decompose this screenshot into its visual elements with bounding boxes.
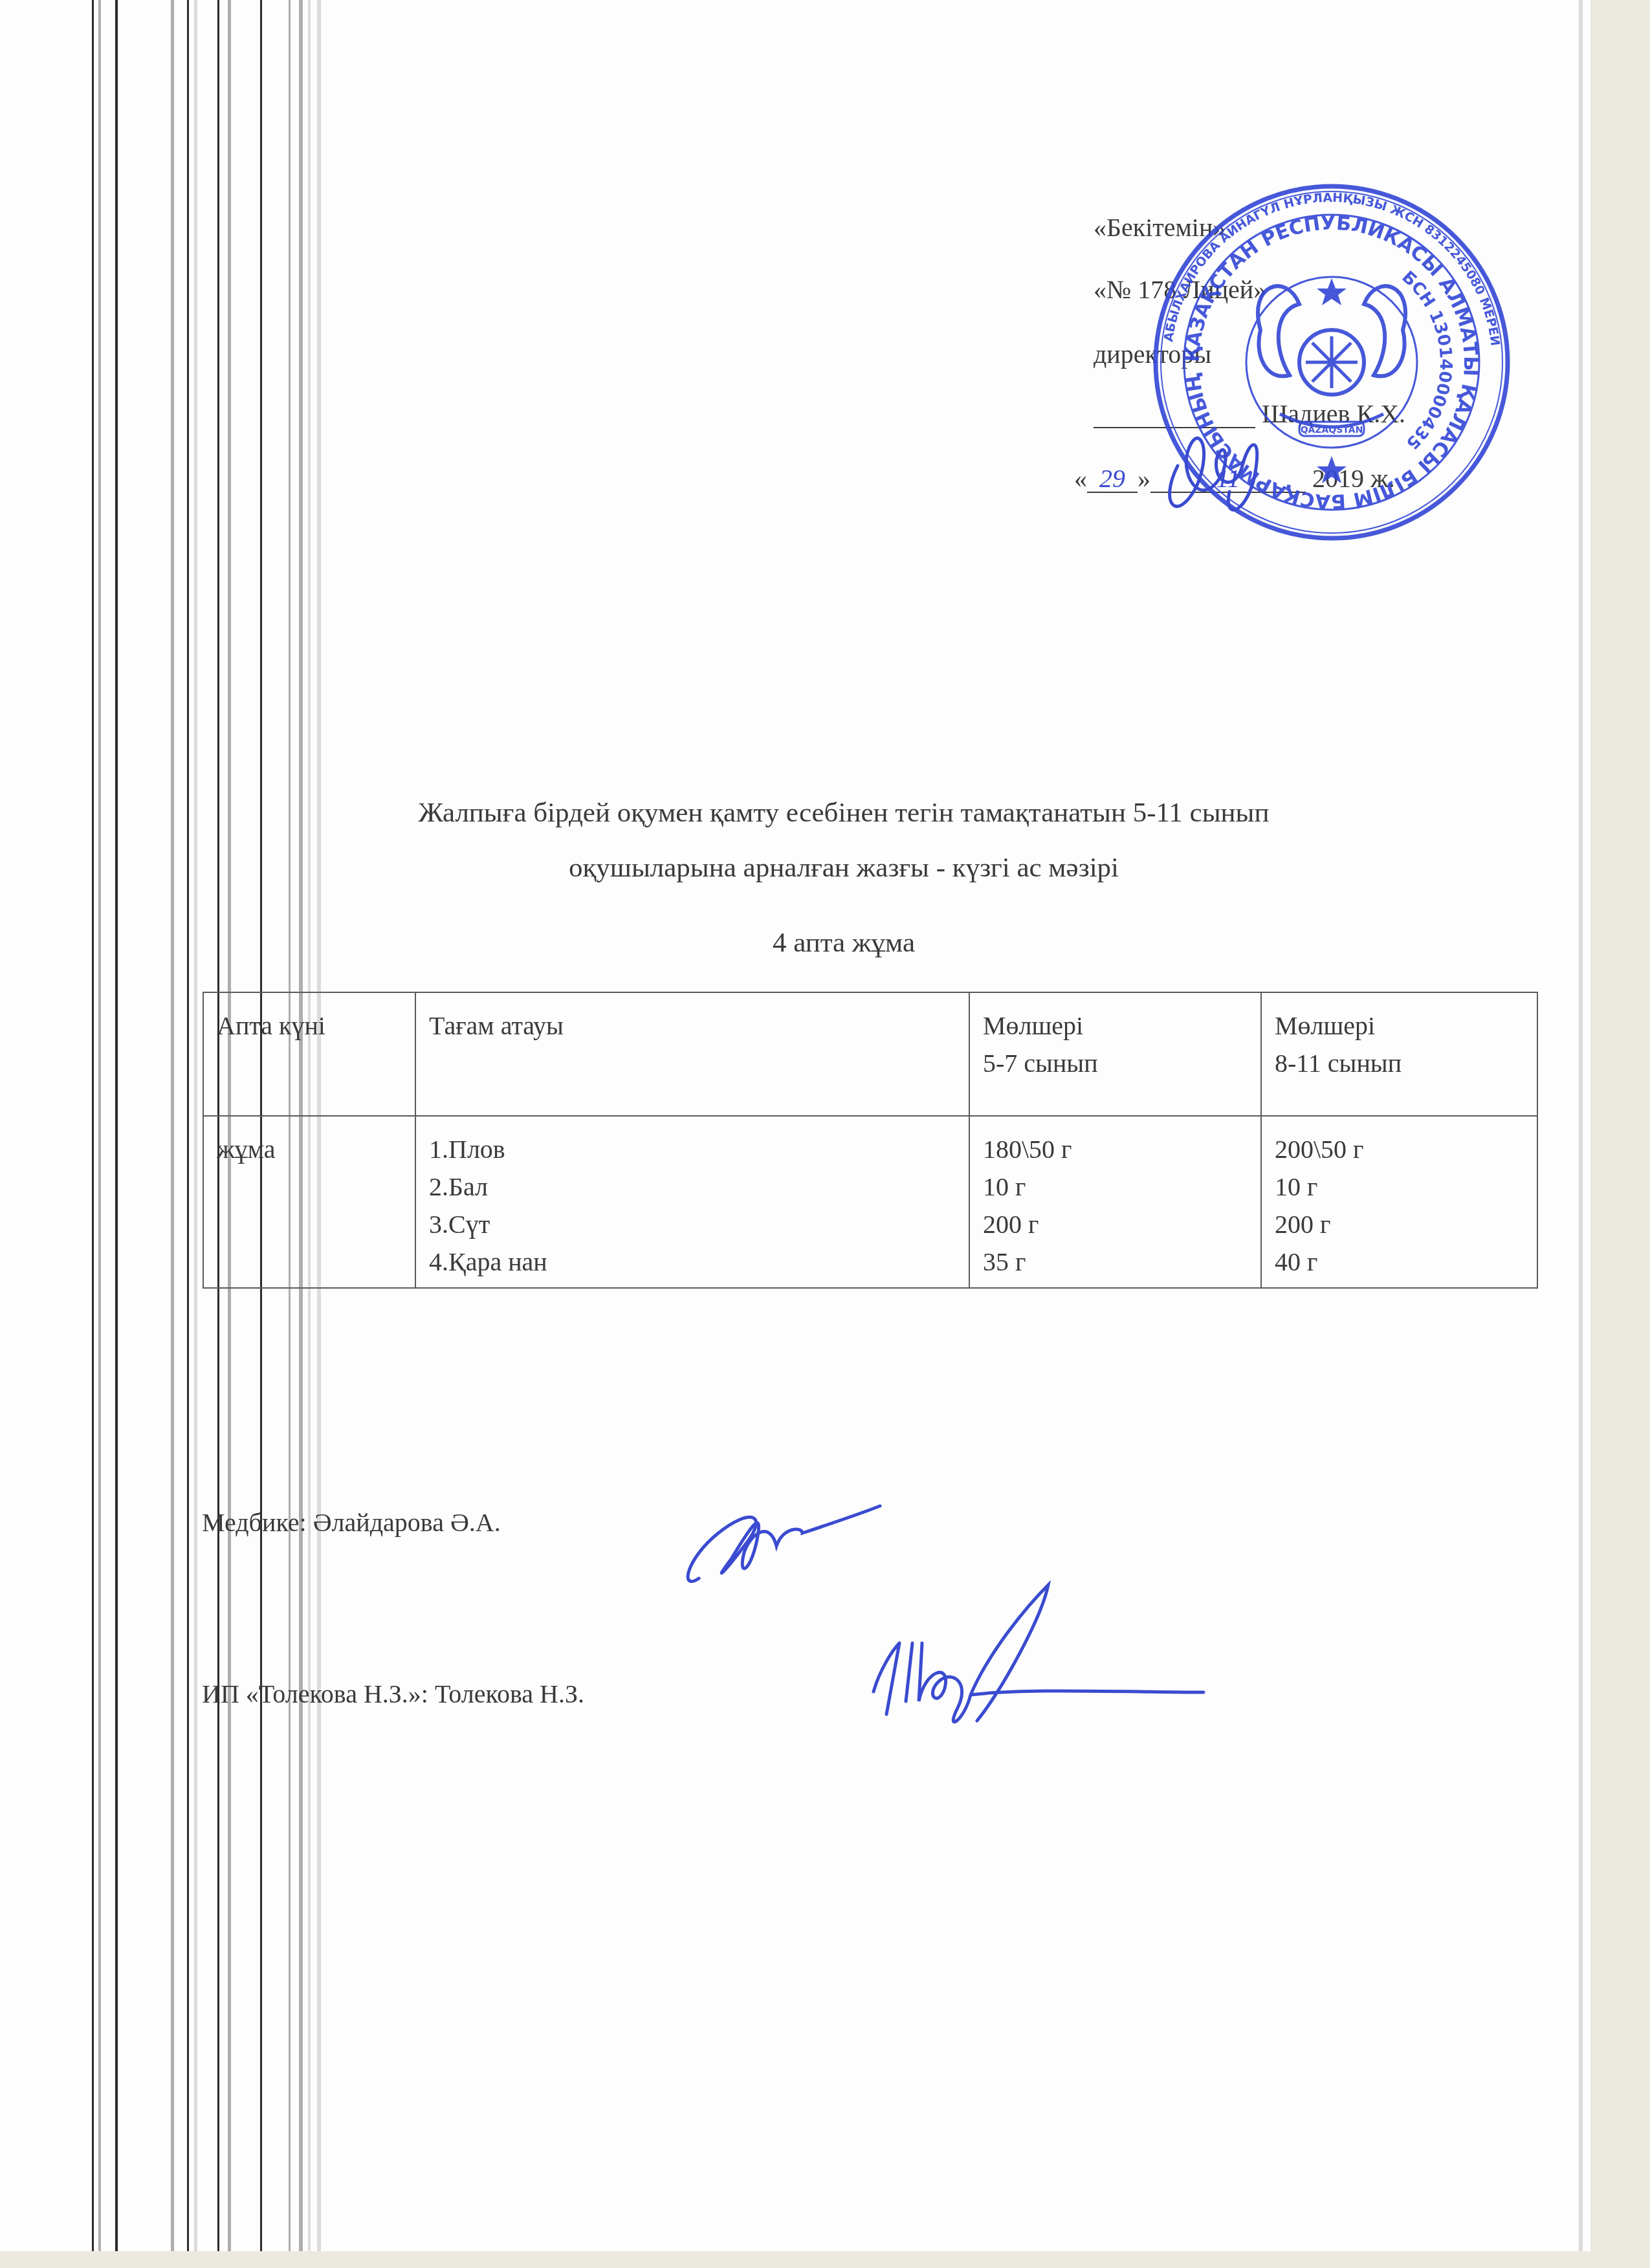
header-dish: Тағам атауы xyxy=(415,992,969,1116)
director-signature xyxy=(1152,395,1301,530)
dish-item: 1.Плов xyxy=(429,1131,960,1168)
nurse-signature-label: Медбике: Әлайдарова Ә.А. xyxy=(202,1507,501,1538)
row-day: жұма xyxy=(203,1116,415,1288)
table-header-row: Апта күні Тағам атауы Мөлшері 5-7 сынып … xyxy=(203,992,1537,1116)
dish-item: 3.Сүт xyxy=(429,1206,960,1243)
svg-text:QAZAQSTAN: QAZAQSTAN xyxy=(1301,425,1363,435)
row-qty-8-11: 200\50 г 10 г 200 г 40 г xyxy=(1261,1116,1537,1288)
header-qty-8-11: Мөлшері 8-11 сынып xyxy=(1261,992,1537,1116)
dish-item: 2.Бал xyxy=(429,1168,960,1206)
row-qty-5-7: 180\50 г 10 г 200 г 35 г xyxy=(969,1116,1261,1288)
menu-table: Апта күні Тағам атауы Мөлшері 5-7 сынып … xyxy=(203,992,1538,1289)
document-page: «Бекітемін» «№ 178 Лицей» директоры Шади… xyxy=(0,0,1590,2251)
supplier-signature-label: ИП «Толекова Н.З.»: Толекова Н.З. xyxy=(202,1679,584,1709)
header-qty-5-7: Мөлшері 5-7 сынып xyxy=(969,992,1261,1116)
dish-item: 4.Қара нан xyxy=(429,1243,960,1281)
header-day: Апта күні xyxy=(203,992,415,1116)
table-row: жұма 1.Плов 2.Бал 3.Сүт 4.Қара нан 180\5… xyxy=(203,1116,1537,1288)
document-title-line1: Жалпыға бірдей оқумен қамту есебінен тег… xyxy=(0,797,1590,829)
row-dishes: 1.Плов 2.Бал 3.Сүт 4.Қара нан xyxy=(415,1116,969,1288)
week-day-label: 4 апта жұма xyxy=(0,927,1590,959)
date-day: 29 xyxy=(1087,466,1138,493)
document-title-line2: оқушыларына арналған жазғы - күзгі ас мә… xyxy=(0,852,1590,884)
supplier-signature xyxy=(861,1578,1223,1740)
